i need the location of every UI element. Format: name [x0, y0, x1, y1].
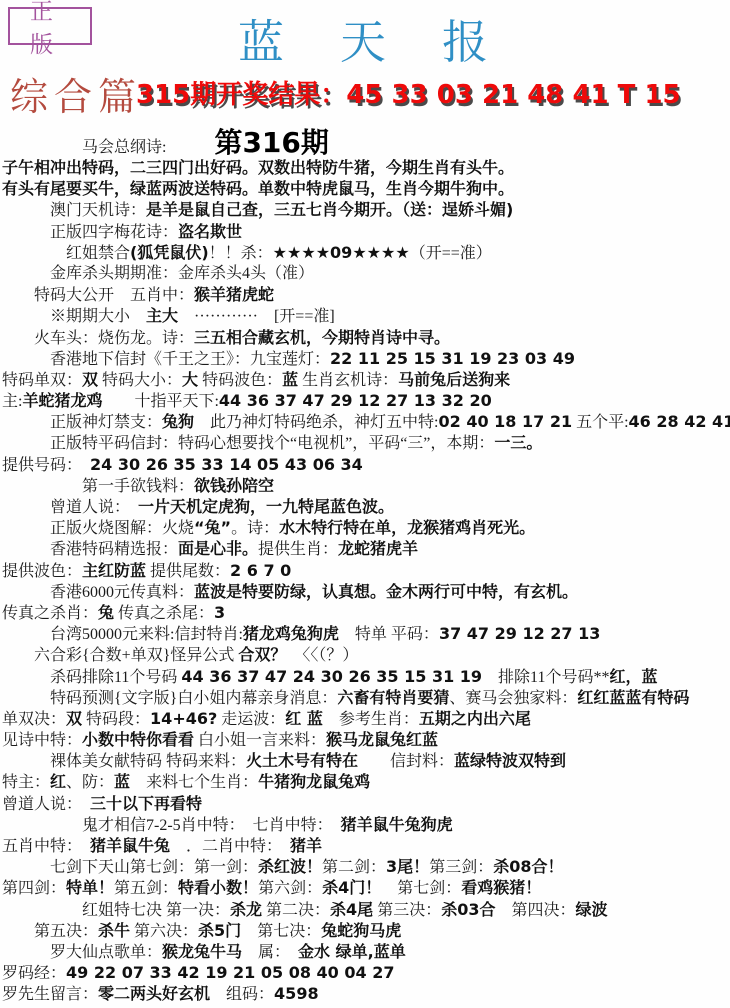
jianshi-zhongte-line-seg-0: 见诗中特：	[2, 732, 82, 749]
taiwan50000-line-seg-2: 特单 平码：	[339, 626, 439, 643]
danshuang-jue-line-seg-1: 双	[66, 709, 82, 728]
qijian-line-2: 第四剑：特单！第五剑：特看小数！第六剑：杀4门！ 第七剑：看鸡猴猪！	[2, 877, 729, 898]
liuhecai-gongshi-line-seg-2: 〈〈（？）	[286, 647, 358, 664]
luomajing-line: 罗码经：49 22 07 33 42 19 21 05 08 40 04 27	[2, 962, 729, 983]
tema-yuce-line-seg-1: 六畜有特肖要猜	[337, 688, 449, 707]
liuhecai-gongshi-line-seg-0: 六合彩{合数+单双}怪异公式	[2, 647, 238, 664]
yuqian-liao-line-seg-0: 第一手欲钱料：	[2, 478, 194, 495]
wuxiao-zhongte-line: 五肖中特： 猪羊鼠牛兔 ．二肖中特： 猪羊	[2, 835, 729, 856]
jingxuan-bao-line-seg-0: 香港特码精选报：	[2, 541, 178, 558]
hongjie-qijue-line-1-seg-0: 红姐特七决 第一决：	[2, 902, 230, 919]
teping-xinfeng-line: 正版特平码信封：特码心想要找个“电视机”，平码“三”，本期：一三。	[2, 432, 729, 453]
shendeng-jinzhi-line-seg-5: 46 28 42 41 38	[629, 412, 730, 431]
zengdaoren-line-2-seg-0: 曾道人说：	[2, 796, 90, 813]
shendeng-jinzhi-line-seg-2: 此乃神灯特码绝杀，神灯五中特:	[194, 414, 438, 431]
luodaxian-line-seg-0: 罗大仙点歌单：	[2, 944, 162, 961]
masthead-line-seg-0: 马会总纲诗:	[2, 139, 214, 156]
jinku-shatou-line-seg-0: 金库杀头期期准：金库杀头4头（准）	[2, 265, 314, 282]
tezhu-line-seg-5: 牛猪狗龙鼠兔鸡	[258, 772, 370, 791]
qiqi-daxiao-line-seg-0: ※期期大小	[2, 308, 146, 325]
wuxiao-zhongte-line-seg-2: ．二肖中特：	[170, 838, 290, 855]
teping-xinfeng-line-seg-0: 正版特平码信封：特码心想要找个“电视机”，平码“三”，本期：	[2, 435, 494, 452]
poem-line-1-seg-0: 子午相冲出特码，二三四门出好码。双数出特防牛猪，今期生肖有头牛。	[2, 158, 514, 177]
hongjie-jinhe-line: 红姐禁合(狐凭鼠伏)！！杀：★★★★09★★★★（开==准）	[2, 242, 729, 263]
luoti-meinv-line-seg-1: 火土木号有特在	[246, 751, 358, 770]
qijian-line-1-seg-2: 第二剑：	[322, 859, 386, 876]
wuxiao-zhongte-line-seg-3: 猪羊	[290, 836, 322, 855]
masthead-line-seg-1: 第316期	[214, 126, 328, 159]
hongjie-qijue-line-1: 红姐特七决 第一决：杀龙 第二决：杀4尾 第三决：杀03合 第四决：绿波	[2, 899, 729, 920]
taiwan50000-line-seg-3: 37 47 29 12 27 13	[439, 624, 600, 643]
qijian-line-2-seg-6: 第七剑：	[381, 880, 461, 897]
qijian-line-1: 七剑下天山第七剑：第一剑：杀红波！第二剑：3尾！第三剑：杀08合！	[2, 856, 729, 877]
qijian-line-2-seg-7: 看鸡猴猪！	[461, 878, 541, 897]
jingxuan-bao-line-seg-3: 龙蛇猪虎羊	[338, 539, 418, 558]
jianshi-zhongte-line-seg-1: 小数中特你看看	[82, 730, 194, 749]
shama-paichu-line-seg-1: 44 36 37 47 24 30 26 35 15 31 19	[181, 667, 482, 686]
poem-line-2-seg-0: 有头有尾要买牛，绿蓝两波送特码。单数中特虎鼠马，生肖今期牛狗中。	[2, 179, 514, 198]
guicai-line-seg-0: 鬼才相信7-2-5肖中特： 七肖中特：	[2, 817, 341, 834]
tema-yuce-line-seg-2: 、赛马会独家料：	[449, 690, 577, 707]
jianshi-zhongte-line-seg-3: 猴马龙鼠兔红蓝	[326, 730, 438, 749]
hongjie-qijue-line-2-seg-5: 兔蛇狗马虎	[321, 921, 401, 940]
luodaxian-line-seg-2: 属：	[242, 944, 298, 961]
qijian-line-2-seg-1: 特单！	[66, 878, 114, 897]
tigong-bose-line-seg-2: 提供尾数：	[146, 563, 230, 580]
danshuang-jue-line-seg-2: 特码段：	[82, 711, 150, 728]
chuanzhen-sha-line-seg-1: 兔	[98, 603, 114, 622]
plum-poem-line: 正版四字梅花诗：盗名欺世	[2, 221, 729, 242]
tezhu-line-seg-4: 来料七个生肖：	[130, 774, 258, 791]
tema-danshuang-line-seg-1: 双	[82, 370, 98, 389]
huochetou-line-seg-0: 火车头：烧伤龙。诗：	[2, 330, 194, 347]
qijian-line-1-seg-0: 七剑下天山第七剑：第一剑：	[2, 859, 258, 876]
tigong-bose-line-seg-0: 提供波色：	[2, 563, 82, 580]
hongjie-qijue-line-2-seg-1: 杀牛	[98, 921, 130, 940]
chuanzhen-sha-line-seg-0: 传真之杀肖：	[2, 605, 98, 622]
shama-paichu-line: 杀码排除11个号码 44 36 37 47 24 30 26 35 15 31 …	[2, 666, 729, 687]
qiqi-daxiao-line-seg-2: ············ [开==准]	[178, 308, 335, 325]
luomajing-line-seg-1: 49 22 07 33 42 19 21 05 08 40 04 27	[66, 963, 394, 982]
huochetou-line: 火车头：烧伤龙。诗：三五相合藏玄机，今期特肖诗中寻。	[2, 327, 729, 348]
hongjie-qijue-line-2-seg-2: 第六决：	[130, 923, 198, 940]
zengdaoren-line-2: 曾道人说： 三十以下再看特	[2, 793, 729, 814]
hongjie-qijue-line-2-seg-0: 第五决：	[2, 923, 98, 940]
hongjie-qijue-line-1-seg-7: 绿波	[576, 900, 608, 919]
luoti-meinv-line: 裸体美女献特码 特码来料：火土木号有特在 信封料：蓝绿特波双特到	[2, 750, 729, 771]
jingxuan-bao-line-seg-1: 面是心非。	[178, 539, 258, 558]
huoshao-tujie-line-seg-0: 正版火烧图解：火烧	[2, 520, 194, 537]
jingxuan-bao-line-seg-2: 提供生肖：	[258, 541, 338, 558]
tema-danshuang-line-seg-0: 特码单双：	[2, 372, 82, 389]
tema-yuce-line-seg-0: 特码预测{文字版}白小姐内幕亲身消息：	[2, 690, 337, 707]
shendeng-jinzhi-line-seg-4: 五个平:	[572, 414, 628, 431]
luoti-meinv-line-seg-2: 信封料：	[358, 753, 454, 770]
huoshao-tujie-line: 正版火烧图解：火烧“兔”。诗：水木特行特在单，龙猴猪鸡肖死光。	[2, 517, 729, 538]
shama-paichu-line-seg-2: 排除11个号码**	[482, 669, 609, 686]
poem-line-1: 子午相冲出特码，二三四门出好码。双数出特防牛猪，今期生肖有头牛。	[2, 157, 729, 178]
tema-yuce-line: 特码预测{文字版}白小姐内幕亲身消息：六畜有特肖要猜、赛马会独家料：红红蓝蓝有特…	[2, 687, 729, 708]
luodaxian-line-seg-1: 猴龙兔牛马	[162, 942, 242, 961]
zengdaoren-line-1-seg-0: 曾道人说：	[2, 499, 138, 516]
zengdaoren-line-1-seg-1: 一片天机定虎狗，一九特尾蓝色波。	[138, 497, 394, 516]
danshuang-jue-line-seg-3: 14+46?	[150, 709, 217, 728]
edition-badge: 正版	[8, 7, 92, 45]
tezhu-line-seg-1: 红	[50, 772, 66, 791]
luoxiansheng-line-seg-1: 零二两头好玄机	[98, 984, 210, 1003]
liuhecai-gongshi-line: 六合彩{合数+单双}怪异公式 合双？ 〈〈（？）	[2, 644, 729, 665]
hk6000-line-seg-1: 蓝波是特要防绿，认真想。金木两行可中特，有玄机。	[194, 582, 578, 601]
jianshi-zhongte-line: 见诗中特：小数中特你看看 白小姐一言来料：猴马龙鼠兔红蓝	[2, 729, 729, 750]
huoshao-tujie-line-seg-3: 水木特行特在单，龙猴猪鸡肖死光。	[279, 518, 535, 537]
shendeng-jinzhi-line-seg-1: 兔狗	[162, 412, 194, 431]
hongjie-jinhe-line-seg-2: ！！杀：	[209, 245, 273, 262]
yuqian-liao-line: 第一手欲钱料：欲钱孙陪空	[2, 475, 729, 496]
huoshao-tujie-line-seg-1: “兔”	[194, 518, 231, 537]
macau-tianji-line-seg-1: 是羊是鼠自己查，三五七肖今期开。	[146, 200, 402, 219]
tema-danshuang-line-seg-7: 马前兔后送狗来	[398, 370, 510, 389]
qiqi-daxiao-line: ※期期大小 主大 ············ [开==准]	[2, 305, 729, 326]
danshuang-jue-line: 单双决：双 特码段：14+46? 走运波：红 蓝 参考生肖：五期之内出六尾	[2, 708, 729, 729]
hongjie-jinhe-line-seg-1: (狐凭鼠伏)	[130, 243, 209, 262]
tema-yuce-line-seg-3: 红红蓝蓝有特码	[577, 688, 689, 707]
tigong-bose-line-seg-1: 主红防蓝	[82, 561, 146, 580]
tigong-haoma-line-seg-0: 提供号码：	[2, 457, 90, 474]
zhu-shengxiao-line-seg-0: 主:	[2, 393, 22, 410]
hongjie-qijue-line-1-seg-1: 杀龙	[230, 900, 262, 919]
tips-content: 马会总纲诗: 第316期子午相冲出特码，二三四门出好码。双数出特防牛猪，今期生肖…	[2, 128, 729, 1005]
qijian-line-1-seg-5: 杀08合！	[493, 857, 563, 876]
zengdaoren-line-2-seg-1: 三十以下再看特	[90, 794, 202, 813]
poem-line-2: 有头有尾要买牛，绿蓝两波送特码。单数中特虎鼠马，生肖今期牛狗中。	[2, 178, 729, 199]
danshuang-jue-line-seg-4: 走运波：	[217, 711, 285, 728]
zengdaoren-line-1: 曾道人说： 一片天机定虎狗，一九特尾蓝色波。	[2, 496, 729, 517]
macau-tianji-line-seg-2: （送：逞娇斗媚)	[402, 200, 513, 219]
tema-danshuang-line-seg-6: 生肖玄机诗：	[298, 372, 398, 389]
qijian-line-2-seg-5: 杀4门！	[322, 878, 381, 897]
shendeng-jinzhi-line-seg-3: 02 40 18 17 21	[438, 412, 572, 431]
qijian-line-2-seg-4: 第六剑：	[258, 880, 322, 897]
tema-danshuang-line-seg-5: 蓝	[282, 370, 298, 389]
newspaper-page: 正版 蓝天报 综合篇 315期开奖结果：45 33 03 21 48 41 T …	[0, 0, 730, 1008]
hk-xinfeng-line-seg-0: 香港地下信封《千王之王》：九宝莲灯：	[2, 351, 330, 368]
previous-draw-result: 315期开奖结果：45 33 03 21 48 41 T 15	[136, 74, 681, 111]
hongjie-qijue-line-1-seg-3: 杀4尾	[330, 900, 373, 919]
hongjie-qijue-line-2-seg-3: 杀5门	[198, 921, 241, 940]
luoxiansheng-line-seg-0: 罗先生留言：	[2, 986, 98, 1003]
huoshao-tujie-line-seg-2: 。诗：	[231, 520, 279, 537]
taiwan50000-line-seg-0: 台湾50000元来料:信封特肖:	[2, 626, 243, 643]
zhu-shengxiao-line-seg-1: 羊蛇猪龙鸡	[22, 391, 102, 410]
danshuang-jue-line-seg-7: 五期之内出六尾	[419, 709, 531, 728]
qijian-line-1-seg-1: 杀红波！	[258, 857, 322, 876]
tema-danshuang-line: 特码单双：双 特码大小：大 特码波色：蓝 生肖玄机诗：马前兔后送狗来	[2, 369, 729, 390]
guicai-line-seg-1: 猪羊鼠牛兔狗虎	[341, 815, 453, 834]
macau-tianji-line-seg-0: 澳门天机诗：	[2, 202, 146, 219]
luoxiansheng-line: 罗先生留言：零二两头好玄机 组码：4598	[2, 983, 729, 1004]
jianshi-zhongte-line-seg-2: 白小姐一言来料：	[194, 732, 326, 749]
tema-dagongkai-line-seg-0: 特码大公开 五肖中：	[2, 287, 194, 304]
hongjie-qijue-line-2-seg-4: 第七决：	[241, 923, 321, 940]
hongjie-jinhe-line-seg-0: 红姐禁合	[2, 245, 130, 262]
tezhu-line-seg-2: 、防：	[66, 774, 114, 791]
zhu-shengxiao-line-seg-3: 44 36 37 47 29 12 27 13 32 20	[219, 391, 492, 410]
yuqian-liao-line-seg-1: 欲钱孙陪空	[194, 476, 274, 495]
shama-paichu-line-seg-0: 杀码排除11个号码	[2, 669, 181, 686]
qijian-line-2-seg-3: 特看小数！	[178, 878, 258, 897]
hongjie-qijue-line-1-seg-5: 杀03合	[441, 900, 495, 919]
teping-xinfeng-line-seg-1: 一三。	[494, 433, 542, 452]
hk-xinfeng-line-seg-1: 22 11 25 15 31 19 23 03 49	[330, 349, 575, 368]
paper-title: 蓝天报	[238, 6, 544, 72]
liuhecai-gongshi-line-seg-1: 合双？	[238, 645, 286, 664]
qijian-line-2-seg-2: 第五剑：	[114, 880, 178, 897]
luoxiansheng-line-seg-2: 组码：	[210, 986, 274, 1003]
macau-tianji-line: 澳门天机诗：是羊是鼠自己查，三五七肖今期开。（送：逞娇斗媚)	[2, 199, 729, 220]
hongjie-jinhe-line-seg-3: ★★★★09★★★★	[273, 243, 410, 262]
plum-poem-line-seg-0: 正版四字梅花诗：	[2, 224, 178, 241]
luomajing-line-seg-0: 罗码经：	[2, 965, 66, 982]
danshuang-jue-line-seg-0: 单双决：	[2, 711, 66, 728]
tezhu-line: 特主：红、防：蓝 来料七个生肖：牛猪狗龙鼠兔鸡	[2, 771, 729, 792]
taiwan50000-line-seg-1: 猪龙鸡兔狗虎	[243, 624, 339, 643]
hk6000-line: 香港6000元传真料：蓝波是特要防绿，认真想。金木两行可中特，有玄机。	[2, 581, 729, 602]
tigong-haoma-line-seg-1: 24 30 26 35 33 14 05 43 06 34	[90, 455, 363, 474]
tezhu-line-seg-3: 蓝	[114, 772, 130, 791]
wuxiao-zhongte-line-seg-1: 猪羊鼠牛兔	[90, 836, 170, 855]
wuxiao-zhongte-line-seg-0: 五肖中特：	[2, 838, 90, 855]
masthead-line: 马会总纲诗: 第316期	[2, 128, 729, 157]
hongjie-qijue-line-1-seg-2: 第二决：	[262, 902, 330, 919]
section-label: 综合篇	[10, 66, 142, 121]
tema-dagongkai-line: 特码大公开 五肖中：猴羊猪虎蛇	[2, 284, 729, 305]
taiwan50000-line: 台湾50000元来料:信封特肖:猪龙鸡兔狗虎 特单 平码：37 47 29 12…	[2, 623, 729, 644]
qijian-line-1-seg-3: 3尾！	[386, 857, 429, 876]
qijian-line-1-seg-4: 第三剑：	[429, 859, 493, 876]
luoti-meinv-line-seg-3: 蓝绿特波双特到	[454, 751, 566, 770]
jinku-shatou-line: 金库杀头期期准：金库杀头4头（准）	[2, 263, 729, 284]
shama-paichu-line-seg-3: 红，蓝	[609, 667, 657, 686]
plum-poem-line-seg-1: 盗名欺世	[178, 222, 242, 241]
guicai-line: 鬼才相信7-2-5肖中特： 七肖中特： 猪羊鼠牛兔狗虎	[2, 814, 729, 835]
jingxuan-bao-line: 香港特码精选报：面是心非。提供生肖：龙蛇猪虎羊	[2, 538, 729, 559]
tigong-haoma-line: 提供号码： 24 30 26 35 33 14 05 43 06 34	[2, 454, 729, 475]
luoti-meinv-line-seg-0: 裸体美女献特码 特码来料：	[2, 753, 246, 770]
hk6000-line-seg-0: 香港6000元传真料：	[2, 584, 194, 601]
hongjie-qijue-line-1-seg-6: 第四决：	[495, 902, 575, 919]
zhu-shengxiao-line-seg-2: 十指平天下:	[102, 393, 218, 410]
tigong-bose-line-seg-3: 2 6 7 0	[230, 561, 291, 580]
hk-xinfeng-line: 香港地下信封《千王之王》：九宝莲灯：22 11 25 15 31 19 23 0…	[2, 348, 729, 369]
chuanzhen-sha-line-seg-3: 3	[214, 603, 225, 622]
tema-danshuang-line-seg-4: 特码波色：	[198, 372, 282, 389]
shendeng-jinzhi-line-seg-0: 正版神灯禁支：	[2, 414, 162, 431]
zhu-shengxiao-line: 主:羊蛇猪龙鸡 十指平天下:44 36 37 47 29 12 27 13 32…	[2, 390, 729, 411]
luoxiansheng-line-seg-3: 4598	[274, 984, 319, 1003]
tema-dagongkai-line-seg-1: 猴羊猪虎蛇	[194, 285, 274, 304]
danshuang-jue-line-seg-6: 参考生肖：	[323, 711, 419, 728]
qiqi-daxiao-line-seg-1: 主大	[146, 306, 178, 325]
qijian-line-2-seg-0: 第四剑：	[2, 880, 66, 897]
huochetou-line-seg-1: 三五相合藏玄机，今期特肖诗中寻。	[194, 328, 450, 347]
tema-danshuang-line-seg-2: 特码大小：	[98, 372, 182, 389]
chuanzhen-sha-line-seg-2: 传真之杀尾：	[114, 605, 214, 622]
tema-danshuang-line-seg-3: 大	[182, 370, 198, 389]
tigong-bose-line: 提供波色：主红防蓝 提供尾数：2 6 7 0	[2, 560, 729, 581]
hongjie-qijue-line-2: 第五决：杀牛 第六决：杀5门 第七决：兔蛇狗马虎	[2, 920, 729, 941]
luodaxian-line-seg-3: 金水 绿单,蓝单	[298, 942, 406, 961]
hongjie-jinhe-line-seg-4: （开==准）	[410, 245, 492, 262]
danshuang-jue-line-seg-5: 红 蓝	[285, 709, 323, 728]
shendeng-jinzhi-line: 正版神灯禁支：兔狗 此乃神灯特码绝杀，神灯五中特:02 40 18 17 21 …	[2, 411, 729, 432]
luodaxian-line: 罗大仙点歌单：猴龙兔牛马 属： 金水 绿单,蓝单	[2, 941, 729, 962]
chuanzhen-sha-line: 传真之杀肖：兔 传真之杀尾：3	[2, 602, 729, 623]
tezhu-line-seg-0: 特主：	[2, 774, 50, 791]
hongjie-qijue-line-1-seg-4: 第三决：	[373, 902, 441, 919]
